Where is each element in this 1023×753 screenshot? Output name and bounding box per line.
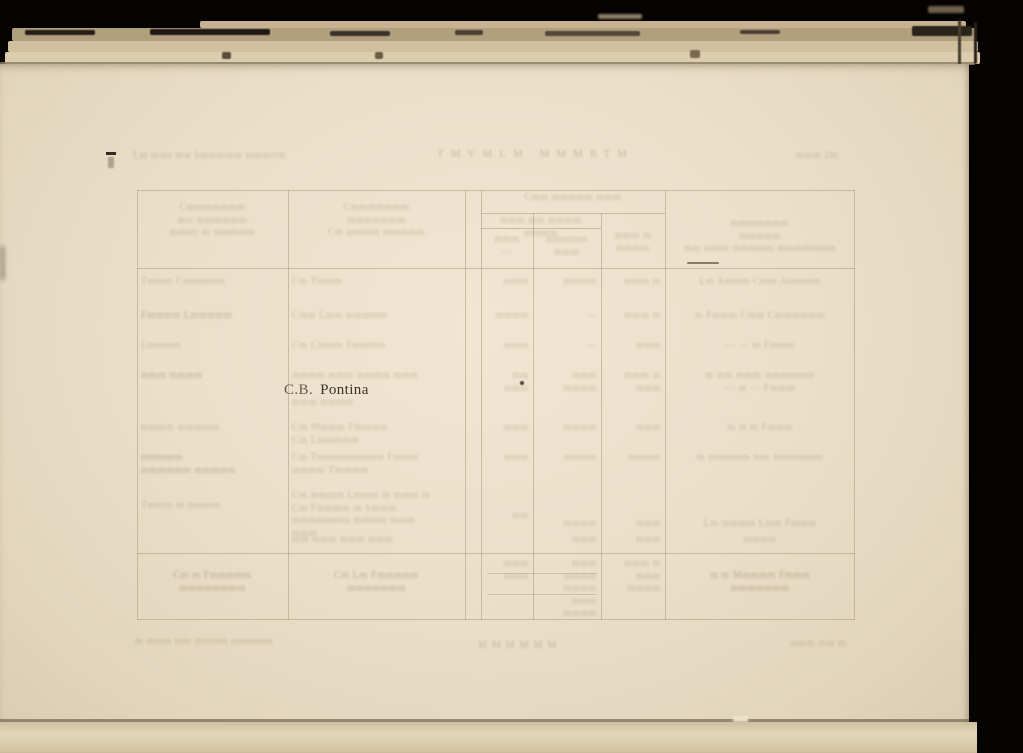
edge-smear	[455, 30, 483, 35]
cell-value: mmmm	[605, 452, 661, 465]
header-num3: mmm m mmmm	[603, 230, 663, 255]
edge-smear	[912, 26, 972, 36]
header-col2: Cmmmmmmm mmmmmmm Cm mmmm mmmmm	[292, 202, 461, 240]
edge-speck	[690, 50, 700, 58]
cell-text: Tmmm Cmmmmm	[141, 276, 284, 289]
masthead-folio: mmm 2m	[796, 150, 860, 163]
table-rule-lastrow	[137, 553, 855, 554]
cell-notes: m m m Fmmm	[669, 422, 851, 435]
cell-notes: m mmmmm mm mmmmmm	[669, 452, 851, 465]
cell-value: —	[537, 340, 597, 353]
page-edge-fragment	[598, 14, 642, 19]
cell-notes: — — m Fmmm	[669, 340, 851, 353]
table-rule-header-bottom	[137, 268, 855, 269]
page-edge-strip	[200, 21, 966, 28]
table-row: Cm m Fmmmmm mmmmmmmm Cm Lm Fmmmmm mmmmmm…	[137, 556, 855, 618]
cell-value: mmmm	[537, 452, 597, 465]
table-row: mmmmm mmmmmm mmmmm Cm Tmmmmmmmm Fmmm mmm…	[137, 450, 855, 486]
lastrow-subrule	[487, 594, 597, 595]
cell-value: mmm mmmm mmmm mmm mmmm	[537, 558, 597, 621]
cell-text: Cm Lm Fmmmmm mmmmmmm	[292, 570, 461, 595]
margin-mark-bar	[106, 152, 116, 155]
cell-value: mmm	[605, 422, 661, 435]
edge-smear	[740, 30, 780, 34]
edge-smear	[545, 31, 640, 36]
edge-smear	[25, 30, 95, 35]
header-notes: mmmmmmm mmmmm mm mmm mmmmm mmmmmmm	[669, 218, 851, 256]
edge-smear	[150, 29, 270, 35]
cell-value: mmm m	[605, 276, 661, 289]
edge-speck	[222, 52, 231, 59]
cell-value: mmm	[605, 340, 661, 353]
cell-text: mmmm mmm mmmm mmm	[292, 370, 461, 383]
cell-text: Lmmmm	[141, 340, 284, 353]
cell-notes: m Fmmm Cmm Cmmmmmm	[669, 310, 851, 323]
page-edge-strip	[8, 41, 978, 52]
consortium-name: Pontina	[320, 382, 369, 398]
cb-abbreviation: C.B.	[284, 382, 313, 398]
legible-entry-cb-pontina: C.B.Pontina	[284, 382, 369, 399]
table-rule-group	[481, 213, 665, 214]
edge-cut-mark	[958, 20, 961, 65]
page-edge-fragment	[928, 6, 964, 13]
cell-value: mmm mmm	[485, 558, 529, 583]
cell-value: mmm	[485, 340, 529, 353]
cell-value: mm	[485, 510, 529, 523]
cell-value: mmm m mmm mmmm	[605, 558, 661, 596]
cell-text: mmm mmmm	[141, 370, 284, 383]
cell-value: mmmm	[537, 276, 597, 289]
cell-text: Tmmm m mmmm	[141, 500, 284, 513]
table-row: Tmmm m mmmm Cm mmmm Lmmm m mmm m Cm Fmmm…	[137, 488, 855, 530]
cell-value: mmm	[537, 534, 597, 547]
table-row: Fmmmm Lmmmmm Cmm Lmm mmmmm mmmm — mmm m …	[137, 308, 855, 336]
cell-value: mmm	[485, 276, 529, 289]
cell-text: Cm Tmmm	[292, 276, 461, 289]
faded-table: Cmmmmmmm mw mmmmmm mmmr m mmmmm Cmmmmmmm…	[137, 190, 855, 620]
cell-notes: m mm mmm mmmmmm — m — Fmmm	[669, 370, 851, 395]
header-group: Cmm mmmmm mmm	[483, 192, 663, 205]
edge-smear	[330, 31, 390, 36]
underlying-page-edge	[0, 722, 977, 753]
cell-value: mmm	[605, 518, 661, 531]
cell-text: Cmm Lmm mmmmm	[292, 310, 461, 323]
margin-mark-stem	[108, 157, 114, 168]
cell-text: mm mmm mmm mmm	[292, 534, 461, 547]
cell-value: mmm mmmm	[537, 370, 597, 395]
ink-speck	[520, 381, 524, 385]
cell-text: Cm m Fmmmmm mmmmmmmm	[141, 570, 284, 595]
table-row: mmmm mmmmm Cm Mmmm Fmmmm Cm Lmmmmm mmm m…	[137, 420, 855, 448]
table-row: Tmmm Cmmmmm Cm Tmmm mmm mmmm mmm m Lm Am…	[137, 274, 855, 308]
cell-text: Cm Mmmm Fmmmm Cm Lmmmmm	[292, 422, 461, 447]
footnote-left: m mmm mm mmmm mmmmm	[135, 636, 345, 649]
cell-text: mmmmm mmmmmm mmmmm	[141, 452, 284, 477]
left-edge-smudge	[0, 246, 5, 280]
cell-text: Fmmmm Lmmmmm	[141, 310, 284, 323]
cell-value: mmmm	[537, 422, 597, 435]
cell-value: mmm	[485, 422, 529, 435]
table-border-bottom	[137, 619, 855, 620]
cell-value: mmm	[485, 452, 529, 465]
cell-value: mmmm	[537, 518, 597, 531]
cell-notes: Lm Ammm Cmm Ammmm	[669, 276, 851, 289]
cell-text: Cm Cmmm Fmmmm	[292, 340, 461, 353]
cell-notes: m m Mmmmm Fmmm mmmmmmm	[669, 570, 851, 595]
masthead-title: TMVMLM MMMRTM	[437, 148, 717, 161]
edge-cut-mark	[974, 22, 977, 64]
cell-notes: mmmm	[669, 534, 851, 547]
scanned-book-page: Lm mms mw bmmmmm mmmrtm TMVMLM MMMRTM mm…	[0, 0, 1023, 753]
cell-value: mmm m	[605, 310, 661, 323]
cell-text: Cm Tmmmmmmmm Fmmm mmmm Tmmmm	[292, 452, 461, 477]
margin-mark	[105, 152, 117, 170]
notes-header-underline	[687, 262, 719, 264]
header-num2: mmmmm mmm	[535, 234, 599, 259]
table-row: mm mmm mmm mmm mmm mmm mmmm	[137, 532, 855, 552]
header-num1: mmm —	[483, 234, 531, 259]
header-col1: Cmmmmmmm mw mmmmmm mmmr m mmmmm	[141, 202, 284, 240]
cell-text: mmmm mmmmm	[141, 422, 284, 435]
document-page: Lm mms mw bmmmmm mmmrtm TMVMLM MMMRTM mm…	[0, 64, 969, 722]
footer-right: mmm mm m	[790, 638, 860, 651]
cell-value: mmm	[605, 534, 661, 547]
footer-center: MMMMMM	[478, 640, 588, 653]
edge-speck	[375, 52, 383, 59]
lastrow-subrule	[487, 573, 597, 574]
cell-value: mmmm	[485, 310, 529, 323]
table-row: Lmmmm Cm Cmmm Fmmmm mmm — mmm — — m Fmmm	[137, 338, 855, 366]
table-row: mmm mmmm mmmm mmm mmmm mmm mmm mmmm mm m…	[137, 368, 855, 418]
table-border-top	[137, 190, 855, 191]
cell-notes: Lm mmmm Lmm Fmmm	[669, 518, 851, 531]
cell-value: —	[537, 310, 597, 323]
masthead-caption: Lm mms mw bmmmmm mmmrtm	[133, 150, 343, 163]
cell-value: mmm m mmm	[605, 370, 661, 395]
